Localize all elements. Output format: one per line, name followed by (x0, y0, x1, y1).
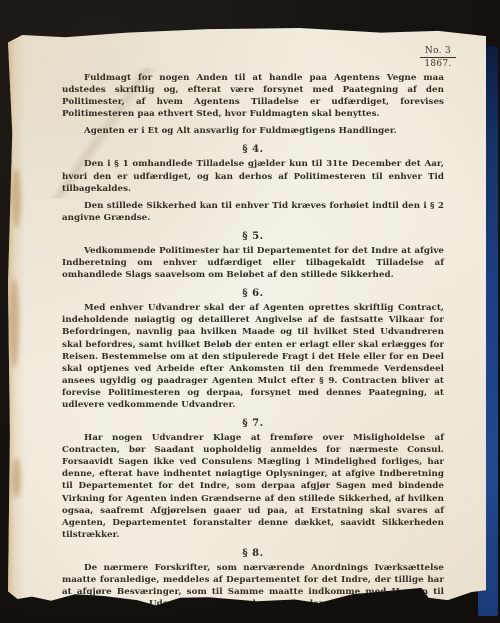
paragraph: Har nogen Udvandrer Klage at fremføre ov… (62, 432, 444, 541)
paper-page: No. 3 1867. Fuldmagt for nogen Anden til… (8, 28, 486, 610)
paragraph: Med enhver Udvandrer skal der af Agenten… (62, 302, 444, 411)
document-text: Fuldmagt for nogen Anden til at handle p… (62, 72, 444, 622)
section-heading: § 4. (62, 144, 444, 156)
paragraph: Fuldmagt for nogen Anden til at handle p… (62, 72, 444, 120)
paragraph: Den i § 1 omhandlede Tilladelse gjælder … (62, 158, 444, 194)
section-heading: § 6. (62, 288, 444, 300)
paragraph: Den stillede Sikkerhed kan til enhver Ti… (62, 200, 444, 224)
section-heading: § 7. (62, 418, 444, 430)
paper-wear-streak (10, 278, 19, 368)
doc-number: No. 3 (420, 46, 456, 58)
paper-wear-streak (12, 168, 21, 228)
section-heading: § 8. (62, 548, 444, 560)
section-heading: § 5. (62, 231, 444, 243)
doc-year: 1867. (420, 58, 456, 69)
paragraph: Agenten er i Et og Alt ansvarlig for Ful… (62, 125, 444, 137)
page-number-label: No. 3 1867. (420, 46, 456, 69)
paper-wear-streak (12, 458, 21, 498)
paragraph: Vedkommende Politimester har til Departe… (62, 245, 444, 281)
